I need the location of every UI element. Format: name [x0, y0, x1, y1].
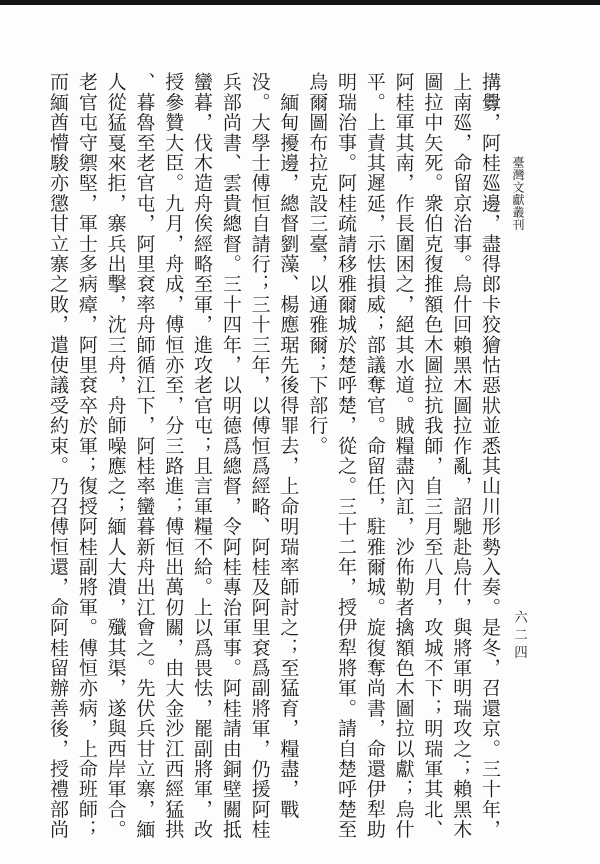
- text-column-4: 阿桂軍其南，作長圍困之，絕其水道。賊糧盡內訌，沙佈勒者擒額色木圖拉以獻；烏什: [389, 72, 418, 846]
- scanned-book-page: 臺灣文獻叢刊 六二四 搆釁，阿桂廵邊，盡得郎卡狡獪怙惡狀並悉其山川形勢入奏。是冬…: [0, 0, 600, 864]
- text-column-6: 明瑞治事。阿桂疏請移雅爾城於楚呼楚，從之。三十二年，授伊犁將軍。請自楚呼楚至: [331, 72, 360, 846]
- text-column-11: 蠻暮，伐木造舟俟經略至軍，進攻老官屯；且言軍糧不給。上以爲畏怯，罷副將軍，改: [187, 72, 216, 846]
- text-column-14: 人從猛戛來拒，寨兵出擊，沈三舟，舟師噪應之；緬人大潰，殲其渠，遂與西岸軍合。: [101, 72, 130, 846]
- text-column-10: 兵部尚書、雲貴總督。三十四年，以明德爲總督，令阿桂專治軍事。阿桂請由銅壁關抵: [216, 72, 245, 846]
- series-title: 臺灣文獻叢刊: [510, 156, 527, 231]
- text-column-12: 授參贊大臣。九月，舟成，傅恒亦至，分三路進；傅恒出萬仞關，由大金沙江西經猛拱: [158, 72, 187, 846]
- text-column-15: 老官屯守禦堅，軍士多病瘴，阿里袞卒於軍；復授阿桂副將軍。傅恒亦病，上命班師；: [72, 72, 101, 846]
- text-column-3: 圖拉中矢死。衆伯克復推額色木圖拉抗我師，自三月至八月，攻城不下；明瑞軍其北、: [418, 72, 447, 846]
- page-top-border: [0, 0, 600, 5]
- text-column-1: 搆釁，阿桂廵邊，盡得郎卡狡獪怙惡狀並悉其山川形勢入奏。是冬，召還京。三十年，: [475, 72, 504, 846]
- text-column-7: 烏爾圖布拉克設三臺，以通雅爾；下部行。: [302, 72, 331, 846]
- text-column-16: 而緬酋懵駿亦懲甘立寨之敗，遣使議受約束。乃召傅恒還，命阿桂留辦善後，授禮部尚: [43, 72, 72, 846]
- text-column-9: 没。大學士傅恒自請行；三十三年，以傅恒爲經略、阿桂及阿里袞爲副將軍，仍援阿桂: [245, 72, 274, 846]
- text-column-8: 緬甸擾邊，總督劉藻、楊應琚先後得罪去，上命明瑞率師討之；至猛育，糧盡，戰: [274, 72, 303, 846]
- page-number: 六二四: [509, 610, 529, 663]
- text-column-2: 上南廵，命留京治事。烏什回賴黑木圖拉作亂，詔馳赴烏什，與將軍明瑞攻之；賴黑木: [446, 72, 475, 846]
- body-text: 搆釁，阿桂廵邊，盡得郎卡狡獪怙惡狀並悉其山川形勢入奏。是冬，召還京。三十年， 上…: [43, 72, 504, 846]
- text-column-5: 平。上責其遲延，示怯損威；部議奪官。命留任，駐雅爾城。旋復奪尚書，命還伊犁助: [360, 72, 389, 846]
- text-column-13: 、暮魯至老官屯，阿里袞率舟師循江下，阿桂率蠻暮新舟出江會之。先伏兵甘立寨，緬: [130, 72, 159, 846]
